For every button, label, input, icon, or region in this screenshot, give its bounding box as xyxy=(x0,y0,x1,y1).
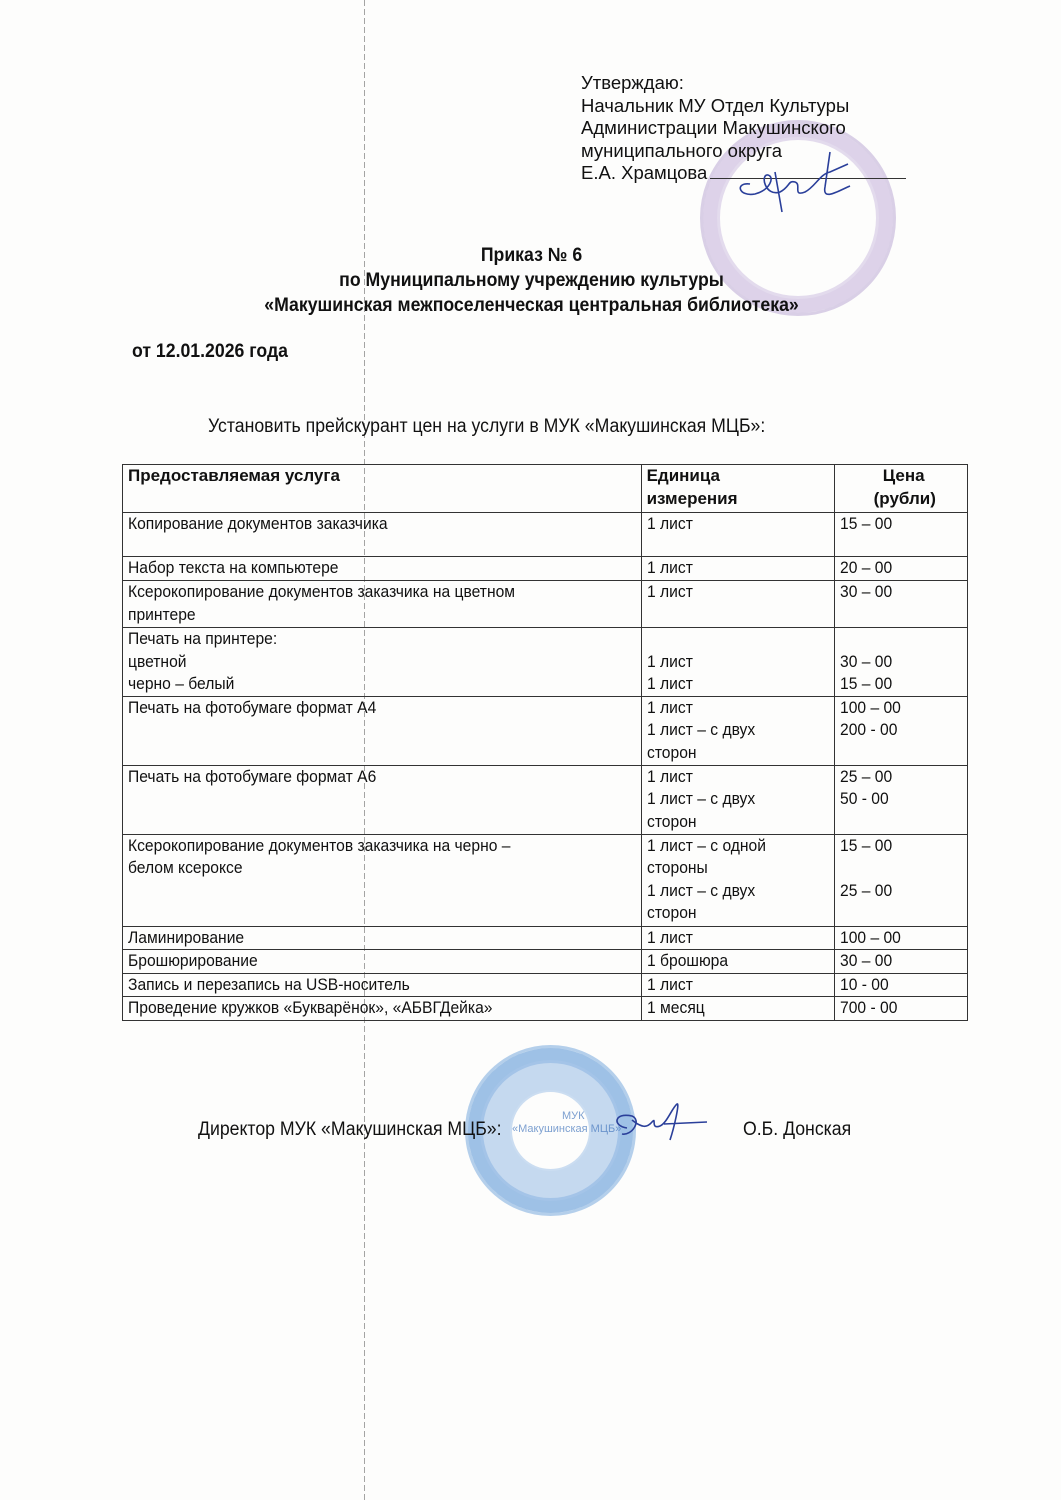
unit-cell: 1 лист xyxy=(641,557,835,581)
director-position: Директор МУК «Макушинская МЦБ»: xyxy=(198,1119,502,1141)
approval-line: Администрации Макушинского xyxy=(581,117,906,140)
service-cell: Ксерокопирование документов заказчика на… xyxy=(123,834,642,926)
price-cell: 10 - 00 xyxy=(835,973,968,997)
price-cell: 25 – 0050 - 00 xyxy=(835,765,968,834)
header-service: Предоставляемая услуга xyxy=(123,465,642,513)
unit-cell: 1 лист – с однойстороны1 лист – с двухст… xyxy=(641,834,835,926)
service-cell: Печать на фотобумаге формат А6 xyxy=(123,765,642,834)
price-cell: 30 – 00 xyxy=(835,581,968,628)
unit-cell: 1 лист1 лист – с двухсторон xyxy=(641,765,835,834)
table-header-row: Предоставляемая услуга Единица измерения… xyxy=(123,465,968,513)
table-row: Копирование документов заказчика1 лист15… xyxy=(123,513,968,557)
approval-signer-name: Е.А. Храмцова xyxy=(581,162,707,183)
director-name: О.Б. Донская xyxy=(743,1119,851,1141)
price-cell: 100 – 00200 - 00 xyxy=(835,696,968,765)
approval-line: Утверждаю: xyxy=(581,72,906,95)
table-row: Набор текста на компьютере1 лист20 – 00 xyxy=(123,557,968,581)
table-row: Брошюрирование1 брошюра30 – 00 xyxy=(123,950,968,974)
service-cell: Печать на принтере:цветнойчерно – белый xyxy=(123,628,642,697)
price-cell: 100 – 00 xyxy=(835,926,968,950)
service-cell: Печать на фотобумаге формат А4 xyxy=(123,696,642,765)
price-cell: 30 – 00 xyxy=(835,950,968,974)
signature-icon xyxy=(730,142,860,222)
table-row: Печать на фотобумаге формат А61 лист1 ли… xyxy=(123,765,968,834)
price-cell: 20 – 00 xyxy=(835,557,968,581)
price-cell: 30 – 0015 – 00 xyxy=(835,628,968,697)
table-row: Ламинирование1 лист100 – 00 xyxy=(123,926,968,950)
table-row: Ксерокопирование документов заказчика на… xyxy=(123,834,968,926)
table-row: Запись и перезапись на USB-носитель1 лис… xyxy=(123,973,968,997)
document-title: Приказ № 6 по Муниципальному учреждению … xyxy=(38,243,1025,318)
unit-cell: 1 лист1 лист – с двухсторон xyxy=(641,696,835,765)
intro-text: Установить прейскурант цен на услуги в М… xyxy=(208,416,765,438)
service-cell: Набор текста на компьютере xyxy=(123,557,642,581)
price-cell: 15 – 00 25 – 00 xyxy=(835,834,968,926)
order-number: Приказ № 6 xyxy=(38,243,1025,268)
service-cell: Брошюрирование xyxy=(123,950,642,974)
unit-cell: 1 лист xyxy=(641,513,835,557)
table-row: Печать на фотобумаге формат А41 лист1 ли… xyxy=(123,696,968,765)
order-date: от 12.01.2026 года xyxy=(132,341,288,363)
unit-cell: 1 лист xyxy=(641,581,835,628)
table-row: Печать на принтере:цветнойчерно – белый … xyxy=(123,628,968,697)
order-library-name: «Макушинская межпоселенческая центральна… xyxy=(38,293,1025,318)
table-row: Проведение кружков «Букварёнок», «АБВГДе… xyxy=(123,997,968,1021)
price-table: Предоставляемая услуга Единица измерения… xyxy=(122,464,968,1021)
unit-cell: 1 брошюра xyxy=(641,950,835,974)
order-institution: по Муниципальному учреждению культуры xyxy=(38,268,1025,293)
service-cell: Ламинирование xyxy=(123,926,642,950)
unit-cell: 1 лист xyxy=(641,973,835,997)
director-signature-icon xyxy=(602,1098,712,1148)
unit-cell: 1 лист1 лист xyxy=(641,628,835,697)
header-unit: Единица измерения xyxy=(641,465,835,513)
service-cell: Запись и перезапись на USB-носитель xyxy=(123,973,642,997)
unit-cell: 1 лист xyxy=(641,926,835,950)
service-cell: Ксерокопирование документов заказчика на… xyxy=(123,581,642,628)
service-cell: Проведение кружков «Букварёнок», «АБВГДе… xyxy=(123,997,642,1021)
price-cell: 700 - 00 xyxy=(835,997,968,1021)
approval-line: Начальник МУ Отдел Культуры xyxy=(581,95,906,118)
table-row: Ксерокопирование документов заказчика на… xyxy=(123,581,968,628)
unit-cell: 1 месяц xyxy=(641,997,835,1021)
price-cell: 15 – 00 xyxy=(835,513,968,557)
service-cell: Копирование документов заказчика xyxy=(123,513,642,557)
header-price: Цена (рубли) xyxy=(835,465,968,513)
